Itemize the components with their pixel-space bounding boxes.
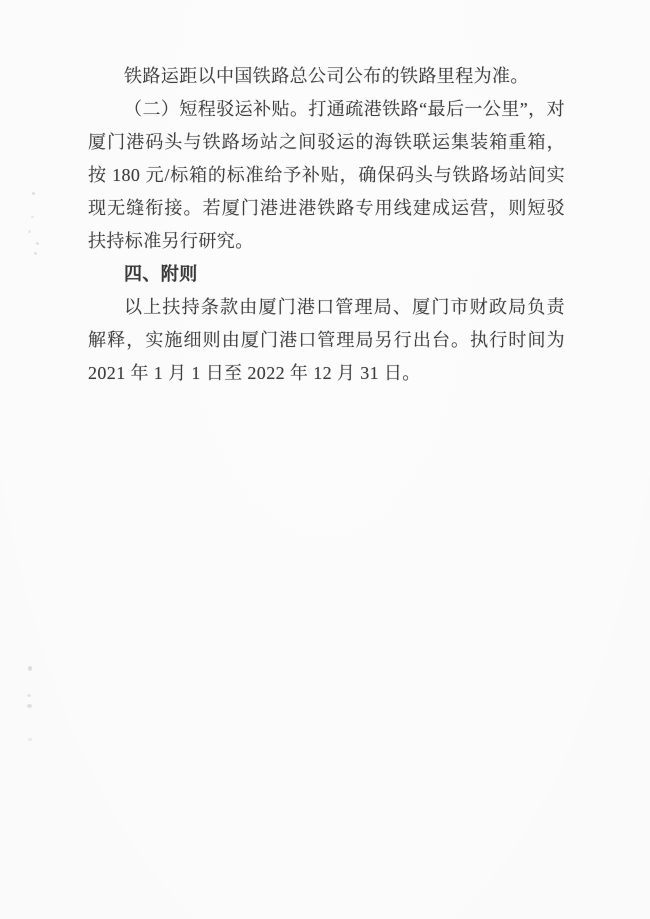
scan-speckle — [27, 704, 32, 708]
scan-speckle — [36, 242, 39, 245]
paragraph-interpretation-validity: 以上扶持条款由厦门港口管理局、厦门市财政局负责解释，实施细则由厦门港口管理局另行… — [88, 291, 565, 390]
scan-speckle — [28, 666, 32, 671]
scan-speckle — [28, 230, 31, 233]
document-text-block: 铁路运距以中国铁路总公司公布的铁路里程为准。 （二）短程驳运补贴。打通疏港铁路“… — [88, 60, 565, 390]
scan-speckle — [27, 694, 31, 697]
scan-speckle — [34, 252, 37, 255]
scan-speckle — [32, 192, 35, 195]
scanned-document-page: 铁路运距以中国铁路总公司公布的铁路里程为准。 （二）短程驳运补贴。打通疏港铁路“… — [0, 0, 650, 919]
section-heading-supplementary-provisions: 四、附则 — [88, 258, 565, 291]
paragraph-short-haul-subsidy: （二）短程驳运补贴。打通疏港铁路“最后一公里”，对厦门港码头与铁路场站之间驳运的… — [88, 93, 565, 258]
scan-speckle — [31, 216, 34, 218]
paragraph-rail-distance: 铁路运距以中国铁路总公司公布的铁路里程为准。 — [88, 60, 565, 93]
scan-speckle — [28, 738, 32, 741]
